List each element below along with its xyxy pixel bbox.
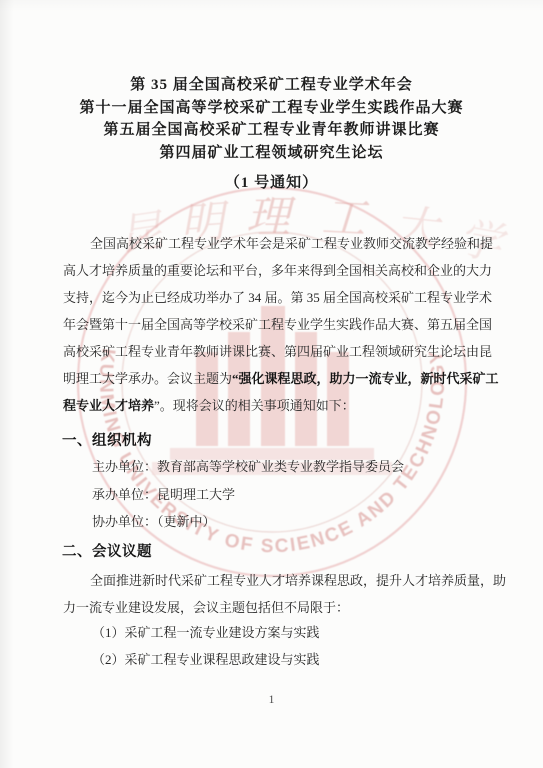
agenda-line: 全面推进新时代采矿工程专业人才培养课程思政，提升人才培养质量，助 bbox=[63, 567, 493, 594]
intro-paragraph: 全国高校采矿工程专业学术年会是采矿工程专业教师交流教学经验和提 高人才培养质量的… bbox=[63, 230, 493, 419]
org-item-organizer: 承办单位：昆明理工大学 bbox=[63, 484, 235, 503]
title-line-2: 第十一届全国高等学校采矿工程专业学生实践作品大赛 bbox=[0, 97, 543, 120]
intro-line: 年会暨第十一届全国高等学校采矿工程专业学生实践作品大赛、第五届全国 bbox=[63, 311, 493, 338]
page-number: 1 bbox=[0, 694, 543, 706]
agenda-topic-1: （1）采矿工程一流专业建设方案与实践 bbox=[63, 622, 320, 641]
section-heading-agenda: 二、会议议题 bbox=[62, 540, 152, 561]
intro-line-text: ”。现将会议的相关事项通知如下： bbox=[154, 398, 355, 413]
intro-line: 高校采矿工程专业青年教师讲课比赛、第四届矿业工程领域研究生论坛由昆 bbox=[63, 338, 493, 365]
intro-line: 支持，迄今为止已经成功举办了 34 届。第 35 届全国高校采矿工程专业学术 bbox=[63, 284, 493, 311]
conference-theme-bold: 程专业人才培养 bbox=[63, 398, 154, 413]
document-page: 昆 明 理 工 大 学 KUNMING UNIVERSITY OF SCIENC… bbox=[0, 0, 543, 768]
intro-line: 高人才培养质量的重要论坛和平台，多年来得到全国相关高校和企业的大力 bbox=[63, 257, 493, 284]
notice-subtitle: （1 号通知） bbox=[0, 171, 543, 192]
title-block: 第 35 届全国高校采矿工程专业学术年会 第十一届全国高等学校采矿工程专业学生实… bbox=[0, 74, 543, 164]
org-item-coorganizer: 协办单位：（更新中） bbox=[63, 511, 216, 530]
intro-line: 全国高校采矿工程专业学术年会是采矿工程专业教师交流教学经验和提 bbox=[63, 230, 493, 257]
intro-line: 明理工大学承办。会议主题为“强化课程思政，助力一流专业，新时代采矿工 bbox=[63, 365, 493, 392]
intro-line: 程专业人才培养”。现将会议的相关事项通知如下： bbox=[63, 392, 493, 419]
agenda-line: 力一流专业建设发展，会议主题包括但不局限于： bbox=[63, 594, 493, 621]
agenda-topic-2: （2）采矿工程专业课程思政建设与实践 bbox=[63, 649, 320, 668]
title-line-1: 第 35 届全国高校采矿工程专业学术年会 bbox=[0, 74, 543, 97]
org-item-host: 主办单位：教育部高等学校矿业类专业教学指导委员会 bbox=[63, 456, 404, 475]
conference-theme-bold: “强化课程思政，助力一流专业，新时代采矿工 bbox=[232, 371, 499, 386]
title-line-3: 第五届全国高校采矿工程专业青年教师讲课比赛 bbox=[0, 119, 543, 142]
intro-line-text: 明理工大学承办。会议主题为 bbox=[63, 371, 232, 386]
section-heading-organization: 一、组织机构 bbox=[62, 429, 152, 450]
title-line-4: 第四届矿业工程领域研究生论坛 bbox=[0, 142, 543, 165]
agenda-paragraph: 全面推进新时代采矿工程专业人才培养课程思政，提升人才培养质量，助 力一流专业建设… bbox=[63, 567, 493, 621]
